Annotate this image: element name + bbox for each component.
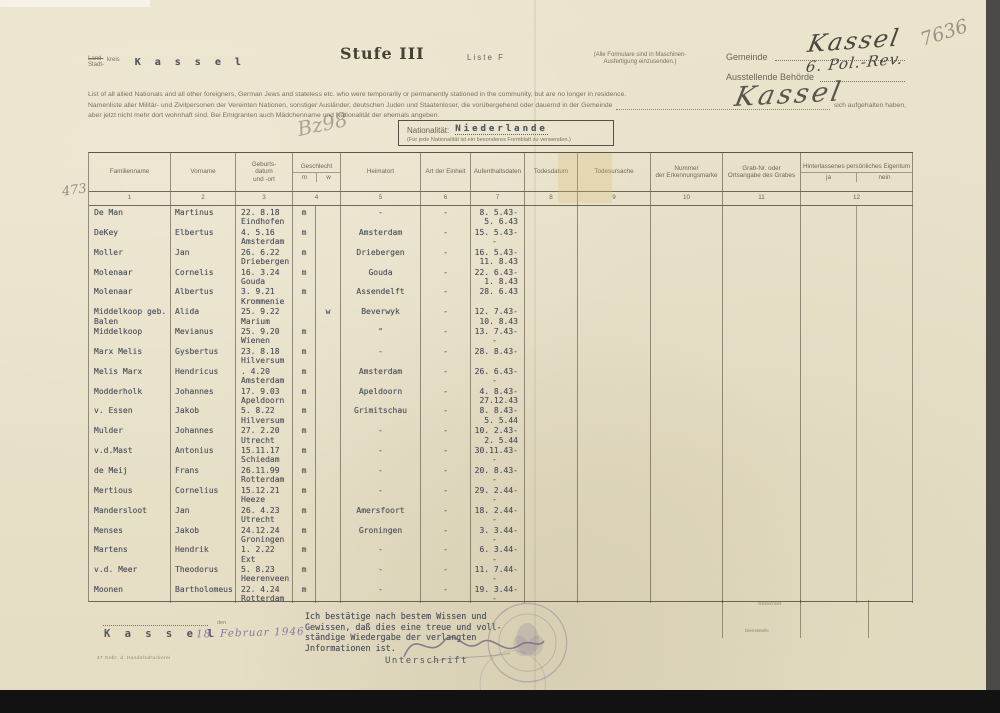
col-header-label: Grab-Nr. oder Ortsangabe des Grabes [723, 164, 800, 181]
cell-heimatort: - [341, 424, 421, 444]
cell-einheit: - [421, 305, 471, 325]
cell-eigentum [801, 246, 913, 266]
cell-eigentum [801, 206, 913, 226]
cell-todesdatum [525, 464, 578, 484]
cell-eigentum [801, 464, 913, 484]
cell-einheit: - [421, 404, 471, 424]
surname-line1: Molenaar [94, 287, 170, 296]
cell-aufenthalt: 29. 2.44-- [471, 484, 525, 504]
cell-geburt: 22. 8.18Eindhofen [236, 206, 293, 226]
col-number: 3 [236, 192, 293, 205]
firstname: Jan [175, 248, 235, 257]
cell-sex-m: m [293, 543, 316, 563]
cell-geburt: 26. 6.22Driebergen [236, 246, 293, 266]
cell-heimatort: Groningen [341, 524, 421, 544]
cell-sex-m: m [293, 464, 316, 484]
kreis-block: Land- Stadt- kreis K a s s e l [88, 56, 245, 68]
cell-todesdatum [525, 345, 578, 365]
surname-line1: Molenaar [94, 268, 170, 277]
cell-erkennungsmarke [651, 325, 723, 345]
col-header-7: Aufenthaltsdaten [471, 153, 525, 191]
cell-todesursache [578, 305, 651, 325]
gemeinde-inline-handwritten: Kassel [732, 76, 846, 113]
kreis-word: kreis [107, 57, 120, 63]
cell-sex-w [316, 583, 341, 603]
stay-from: 16. 5.43- [471, 248, 518, 257]
cell-eigentum-nein [856, 464, 912, 484]
cell-sex-w [316, 464, 341, 484]
cell-heimatort: Gouda [341, 266, 421, 286]
cell-grab [723, 464, 801, 484]
cell-geburt: 16. 3.24Gouda [236, 266, 293, 286]
col-header-12: Hinterlassenes persönliches Eigentumjane… [801, 153, 913, 191]
cell-eigentum [801, 484, 913, 504]
stay-from: 15. 5.43- [471, 228, 518, 237]
col-header-5: Heimatort [341, 153, 421, 191]
table-row: v.d. MeerTheodorus5. 8.23Heerenveenm--11… [89, 563, 913, 583]
firstname: Alida [175, 307, 235, 316]
cell-eigentum-ja [801, 266, 856, 286]
birth-date: 4. 5.16 [238, 228, 292, 237]
gemeinde-label: Gemeinde [726, 52, 768, 62]
cell-erkennungsmarke [651, 464, 723, 484]
cell-heimatort: Assendelft [341, 285, 421, 305]
cell-grab [723, 444, 801, 464]
cell-einheit: - [421, 246, 471, 266]
official-seal-stamp [450, 592, 600, 690]
birth-date: 22. 8.18 [238, 208, 292, 217]
cell-geburt: 25. 9.22Marium [236, 305, 293, 325]
table-row: ManderslootJan26. 4.23UtrechtmAmersfoort… [89, 504, 913, 524]
col-number: 9 [578, 192, 651, 205]
cell-aufenthalt: 13. 7.43-- [471, 325, 525, 345]
cell-aufenthalt: 8. 5.43-5. 6.43 [471, 206, 525, 226]
cell-geburt: 4. 5.16Amsterdam [236, 226, 293, 246]
table-row: v.d.MastAntonius15.11.17Schiedamm--30.11… [89, 444, 913, 464]
firstname: Albertus [175, 287, 235, 296]
birth-date: 26.11.99 [238, 466, 292, 475]
cell-eigentum [801, 365, 913, 385]
cell-sex-w: w [316, 305, 341, 325]
cell-eigentum [801, 424, 913, 444]
forms-note-line2: Ausfertigung einzusenden.) [585, 59, 695, 66]
cell-familienname: de Meij [89, 464, 171, 484]
cell-vorname: Antonius [171, 444, 236, 464]
col-header-8: Todesdatum [525, 153, 578, 191]
cell-todesursache [578, 444, 651, 464]
col-header-label: Vorname [171, 167, 235, 177]
surname-line1: DeKey [94, 228, 170, 237]
cell-geburt: 27. 2.20Utrecht [236, 424, 293, 444]
birth-date: 23. 8.18 [238, 347, 292, 356]
surname-line1: Middelkoop [94, 327, 170, 336]
cell-eigentum-ja [801, 385, 856, 405]
cell-eigentum-nein [856, 206, 912, 226]
birth-date: 24.12.24 [238, 526, 292, 535]
cell-vorname: Theodorus [171, 563, 236, 583]
col-header-6: Art der Einheit [421, 153, 471, 191]
cell-einheit: - [421, 345, 471, 365]
cell-grab [723, 583, 801, 603]
cell-grab [723, 305, 801, 325]
table-body: De ManMartinus22. 8.18Eindhofenm--8. 5.4… [89, 206, 913, 603]
cell-sex-m: m [293, 524, 316, 544]
cell-eigentum-ja [801, 504, 856, 524]
cell-einheit: - [421, 543, 471, 563]
stay-from: 20. 8.43- [471, 466, 518, 475]
cell-grab [723, 424, 801, 444]
cell-grab [723, 206, 801, 226]
cell-erkennungsmarke [651, 583, 723, 603]
firstname: Hendricus [175, 367, 235, 376]
cell-todesursache [578, 266, 651, 286]
cell-geburt: 17. 9.03Apeldoorn [236, 385, 293, 405]
cell-familienname: Mertious [89, 484, 171, 504]
cell-eigentum-nein [856, 484, 912, 504]
cell-todesdatum [525, 385, 578, 405]
col-header-3: Geburts- datum und -ort [236, 153, 293, 191]
cell-eigentum-nein [856, 524, 912, 544]
cell-familienname: Molenaar [89, 266, 171, 286]
cell-einheit: - [421, 285, 471, 305]
cell-eigentum-nein [856, 543, 912, 563]
cell-todesursache [578, 563, 651, 583]
corner-number-handwritten: 7636 [917, 15, 970, 51]
stay-from: 30.11.43- [471, 446, 518, 455]
stay-from: 4. 8.43- [471, 387, 518, 396]
col-header-11: Grab-Nr. oder Ortsangabe des Grabes [723, 153, 801, 191]
cell-familienname: Mandersloot [89, 504, 171, 524]
col-number: 12 [801, 192, 913, 205]
cell-eigentum-ja [801, 444, 856, 464]
cell-aufenthalt: 3. 3.44-- [471, 524, 525, 544]
col-header-2: Vorname [171, 153, 236, 191]
cell-todesursache [578, 206, 651, 226]
cell-sex-w [316, 365, 341, 385]
col-number: 5 [341, 192, 421, 205]
cell-sex-m: m [293, 325, 316, 345]
cell-eigentum-ja [801, 365, 856, 385]
cell-sex-w [316, 285, 341, 305]
cell-erkennungsmarke [651, 345, 723, 365]
cell-vorname: Bartholomeus [171, 583, 236, 603]
col-header-label: Heimatort [341, 167, 420, 177]
stay-from: 13. 7.43- [471, 327, 518, 336]
col-number: 8 [525, 192, 578, 205]
stay-from: 3. 3.44- [471, 526, 518, 535]
cell-geburt: 5. 8.23Heerenveen [236, 563, 293, 583]
cell-eigentum [801, 285, 913, 305]
cell-eigentum-ja [801, 246, 856, 266]
cell-sex-m: m [293, 365, 316, 385]
table-row: De ManMartinus22. 8.18Eindhofenm--8. 5.4… [89, 206, 913, 226]
cell-vorname: Johannes [171, 385, 236, 405]
cell-einheit: - [421, 484, 471, 504]
stay-from: 10. 2.43- [471, 426, 518, 435]
cell-sex-m: m [293, 385, 316, 405]
cell-sex-w [316, 444, 341, 464]
cell-erkennungsmarke [651, 543, 723, 563]
cell-eigentum [801, 444, 913, 464]
cell-familienname: Middelkoop geb.Balen [89, 305, 171, 325]
cell-vorname: Jakob [171, 524, 236, 544]
birth-date: 17. 9.03 [238, 387, 292, 396]
cell-sex-m: m [293, 563, 316, 583]
cell-todesursache [578, 325, 651, 345]
cell-eigentum-ja [801, 464, 856, 484]
scanned-document: 7636 Stufe III Liste F (Alle Formulare s… [0, 0, 1000, 713]
col-number: 1 [89, 192, 171, 205]
cell-familienname: Moller [89, 246, 171, 266]
col-header-sub: ja [801, 173, 856, 182]
cell-eigentum-ja [801, 226, 856, 246]
cell-geburt: 24.12.24Groningen [236, 524, 293, 544]
cell-sex-w [316, 424, 341, 444]
col-header-label: Geschlecht [293, 162, 340, 172]
cell-sex-m: m [293, 583, 316, 603]
table-row: MolenaarCornelis16. 3.24GoudamGouda-22. … [89, 266, 913, 286]
cell-vorname: Martinus [171, 206, 236, 226]
surname-line1: Middelkoop geb. [94, 307, 170, 316]
cell-todesdatum [525, 285, 578, 305]
table-column-numbers: 123456789101112 [89, 191, 913, 206]
cell-einheit: - [421, 464, 471, 484]
stay-from: 29. 2.44- [471, 486, 518, 495]
cell-einheit: - [421, 563, 471, 583]
intro-german-1: Namenliste aller Militär- und Zivilperso… [88, 101, 612, 112]
col-header-label: Geburts- datum und -ort [236, 160, 292, 185]
surname-line1: v.d. Meer [94, 565, 170, 574]
cell-familienname: Mulder [89, 424, 171, 444]
cell-familienname: Modderholk [89, 385, 171, 405]
cell-sex-w [316, 563, 341, 583]
cell-grab [723, 325, 801, 345]
firstname: Jan [175, 506, 235, 515]
cell-todesursache [578, 226, 651, 246]
cell-sex-w [316, 484, 341, 504]
cell-heimatort: Apeldoorn [341, 385, 421, 405]
firstname: Jakob [175, 526, 235, 535]
paper-sheet: 7636 Stufe III Liste F (Alle Formulare s… [0, 0, 986, 690]
cell-heimatort: - [341, 543, 421, 563]
cell-todesdatum [525, 543, 578, 563]
cell-sex-m: m [293, 404, 316, 424]
cell-familienname: DeKey [89, 226, 171, 246]
col-header-sub: m [293, 173, 316, 182]
cell-todesursache [578, 246, 651, 266]
margin-number-handwritten: 473 [61, 181, 88, 199]
cell-eigentum-nein [856, 424, 912, 444]
cell-eigentum [801, 305, 913, 325]
stay-from: 22. 6.43- [471, 268, 518, 277]
surname-line1: Melis Marx [94, 367, 170, 376]
table-row: MartensHendrik1. 2.22Extm--6. 3.44-- [89, 543, 913, 563]
cell-eigentum [801, 226, 913, 246]
cell-einheit: - [421, 385, 471, 405]
cell-vorname: Jan [171, 504, 236, 524]
surname-line1: Moller [94, 248, 170, 257]
cell-aufenthalt: 15. 5.43-- [471, 226, 525, 246]
cell-geburt: 5. 8.22Hilversum [236, 404, 293, 424]
birth-date: 5. 8.22 [238, 406, 292, 415]
cell-todesursache [578, 285, 651, 305]
cell-eigentum [801, 385, 913, 405]
table-line-stub [800, 600, 801, 638]
cell-sex-w [316, 543, 341, 563]
scan-edge-right [986, 0, 1000, 713]
cell-grab [723, 504, 801, 524]
cell-todesdatum [525, 325, 578, 345]
col-header-label: Todesdatum [525, 167, 577, 177]
cell-eigentum-nein [856, 305, 912, 325]
scan-light-edge [0, 0, 150, 7]
cell-todesdatum [525, 226, 578, 246]
table-row: ModderholkJohannes17. 9.03ApeldoornmApel… [89, 385, 913, 405]
table-row: Middelkoop geb.BalenAlida25. 9.22Mariumw… [89, 305, 913, 325]
firstname: Mevianus [175, 327, 235, 336]
forms-note: (Alle Formulare sind in Maschinen- Ausfe… [585, 52, 695, 66]
cell-sex-w [316, 385, 341, 405]
stay-from: 6. 3.44- [471, 545, 518, 554]
col-header-label: Todesursache [578, 167, 650, 177]
birth-date: . 4.20 [238, 367, 292, 376]
small-print-right-bottom: Dienststelle [745, 628, 769, 633]
cell-sex-m [293, 305, 316, 325]
cell-sex-w [316, 325, 341, 345]
cell-erkennungsmarke [651, 484, 723, 504]
cell-grab [723, 365, 801, 385]
cell-vorname: Frans [171, 464, 236, 484]
col-header-4: Geschlechtmw [293, 153, 341, 191]
cell-sex-m: m [293, 246, 316, 266]
surname-line1: Mandersloot [94, 506, 170, 515]
stay-from: 28. 8.43- [471, 347, 518, 356]
birth-date: 25. 9.20 [238, 327, 292, 336]
cell-vorname: Alida [171, 305, 236, 325]
table-row: MensesJakob24.12.24GroningenmGroningen-3… [89, 524, 913, 544]
cell-grab [723, 285, 801, 305]
cell-heimatort: - [341, 464, 421, 484]
cell-erkennungsmarke [651, 206, 723, 226]
cell-aufenthalt: 26. 6.43-- [471, 365, 525, 385]
table-row: Marx MelisGysbertus23. 8.18Hilversumm--2… [89, 345, 913, 365]
cell-erkennungsmarke [651, 305, 723, 325]
firstname: Johannes [175, 387, 235, 396]
surname-line1: Mulder [94, 426, 170, 435]
stay-from: 18. 2.44- [471, 506, 518, 515]
cell-eigentum-ja [801, 583, 856, 603]
cell-grab [723, 226, 801, 246]
surname-line1: v.d.Mast [94, 446, 170, 455]
table-line-stub [868, 600, 869, 638]
birth-date: 16. 3.24 [238, 268, 292, 277]
cell-vorname: Cornelius [171, 484, 236, 504]
cell-todesursache [578, 484, 651, 504]
cell-vorname: Jan [171, 246, 236, 266]
cell-grab [723, 524, 801, 544]
birth-date: 26. 6.22 [238, 248, 292, 257]
cell-heimatort: - [341, 345, 421, 365]
firstname: Jakob [175, 406, 235, 415]
birth-date: 1. 2.22 [238, 545, 292, 554]
cell-sex-w [316, 226, 341, 246]
birth-date: 3. 9.21 [238, 287, 292, 296]
cell-heimatort: - [341, 484, 421, 504]
cell-sex-m: m [293, 266, 316, 286]
cell-eigentum-nein [856, 266, 912, 286]
table-row: de MeijFrans26.11.99Rotterdamm--20. 8.43… [89, 464, 913, 484]
firstname: Johannes [175, 426, 235, 435]
cell-sex-w [316, 404, 341, 424]
cell-sex-w [316, 524, 341, 544]
cell-einheit: - [421, 325, 471, 345]
cell-einheit: - [421, 504, 471, 524]
cell-sex-m: m [293, 444, 316, 464]
cell-erkennungsmarke [651, 285, 723, 305]
cell-familienname: v.d. Meer [89, 563, 171, 583]
cell-sex-m: m [293, 285, 316, 305]
cell-aufenthalt: 11. 7.44-- [471, 563, 525, 583]
forms-note-line1: (Alle Formulare sind in Maschinen- [585, 52, 695, 59]
cell-todesdatum [525, 305, 578, 325]
col-header-sub: w [316, 173, 340, 182]
cell-todesdatum [525, 266, 578, 286]
kreis-prefixes: Land- Stadt- [88, 56, 104, 68]
firstname: Elbertus [175, 228, 235, 237]
cell-sex-w [316, 266, 341, 286]
firstname: Antonius [175, 446, 235, 455]
cell-eigentum-nein [856, 325, 912, 345]
cell-sex-w [316, 206, 341, 226]
cell-grab [723, 246, 801, 266]
scan-edge-bottom [0, 690, 1000, 713]
cell-eigentum [801, 266, 913, 286]
cell-eigentum [801, 543, 913, 563]
cell-aufenthalt: 16. 5.43-11. 8.43 [471, 246, 525, 266]
cell-grab [723, 484, 801, 504]
cell-geburt: 15.11.17Schiedam [236, 444, 293, 464]
cell-sex-w [316, 246, 341, 266]
cell-geburt: 15.12.21Heeze [236, 484, 293, 504]
table-row: Melis MarxHendricus. 4.20AmsterdammAmste… [89, 365, 913, 385]
stay-from: 28. 6.43 [471, 287, 518, 296]
cell-erkennungsmarke [651, 226, 723, 246]
cell-geburt: 3. 9.21Krommenie [236, 285, 293, 305]
cell-heimatort: " [341, 325, 421, 345]
cell-eigentum-nein [856, 563, 912, 583]
cell-aufenthalt: 22. 6.43-1. 8.43 [471, 266, 525, 286]
cell-heimatort: Beverwyk [341, 305, 421, 325]
cell-erkennungsmarke [651, 524, 723, 544]
cell-vorname: Hendricus [171, 365, 236, 385]
cell-todesdatum [525, 365, 578, 385]
col-header-label: Art der Einheit [421, 167, 470, 177]
col-header-label: Nummer der Erkennungsmarke [651, 164, 722, 181]
liste-label: Liste F [467, 53, 505, 62]
cell-grab [723, 345, 801, 365]
cell-todesursache [578, 385, 651, 405]
cell-todesdatum [525, 484, 578, 504]
birth-place: Rotterdam [238, 594, 292, 603]
col-header-sub-row: mw [293, 172, 340, 182]
cell-todesdatum [525, 504, 578, 524]
cell-eigentum [801, 404, 913, 424]
cell-familienname: v.d.Mast [89, 444, 171, 464]
cell-todesursache [578, 524, 651, 544]
cell-einheit: - [421, 524, 471, 544]
cell-sex-m: m [293, 206, 316, 226]
cell-aufenthalt: 30.11.43-- [471, 444, 525, 464]
